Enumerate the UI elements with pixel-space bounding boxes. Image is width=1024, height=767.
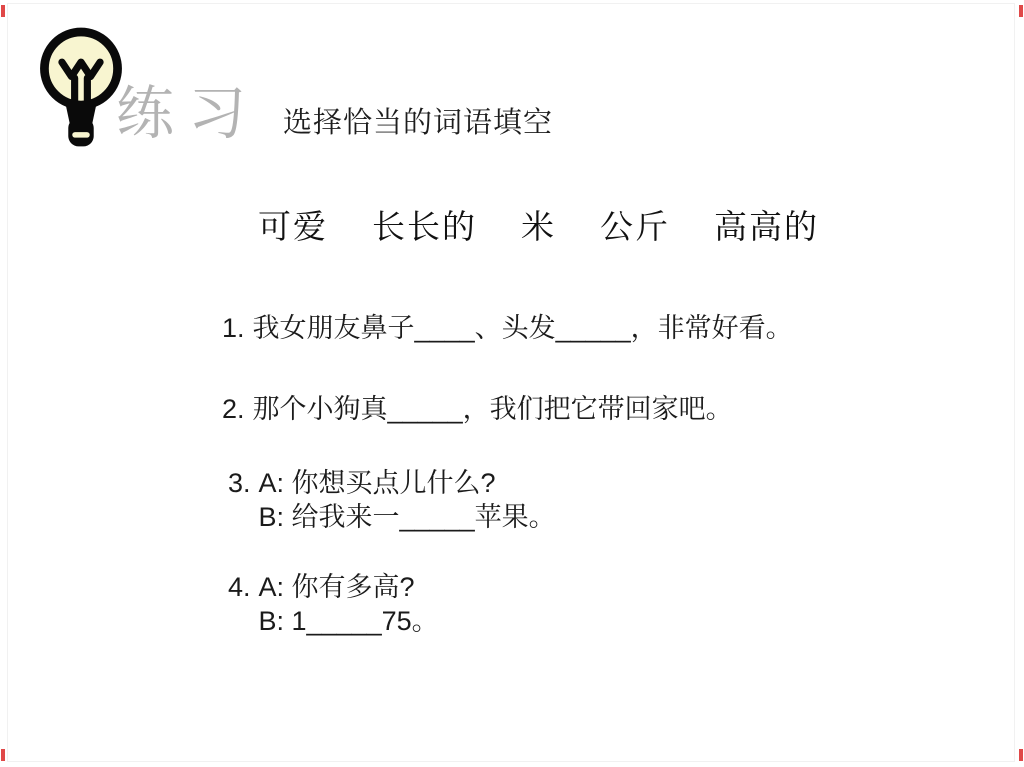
exercise-text: 我女朋友鼻子____、头发_____，非常好看。 bbox=[253, 311, 793, 345]
exercise-item-1: 1. 我女朋友鼻子____、头发_____，非常好看。 bbox=[222, 311, 793, 345]
exercise-line-a: A: 你想买点儿什么? bbox=[259, 466, 556, 500]
corner-mark-top-left bbox=[1, 5, 5, 17]
slide: 练习 选择恰当的词语填空 可爱 长长的 米 公斤 高高的 1. 我女朋友鼻子__… bbox=[0, 0, 1024, 767]
exercise-number: 3. bbox=[228, 466, 251, 500]
exercise-line-a: A: 你有多高? bbox=[259, 570, 439, 604]
word-bank-item: 高高的 bbox=[714, 201, 819, 248]
exercise-number: 1. bbox=[222, 311, 245, 345]
page-title: 练习 bbox=[116, 66, 260, 150]
exercise-item-2: 2. 那个小狗真_____，我们把它带回家吧。 bbox=[222, 392, 733, 426]
instruction-text: 选择恰当的词语填空 bbox=[283, 100, 553, 141]
exercise-line-b: B: 给我来一_____苹果。 bbox=[259, 500, 556, 534]
corner-mark-bottom-right bbox=[1019, 749, 1023, 761]
exercise-number: 4. bbox=[228, 570, 251, 604]
exercise-dialog: A: 你有多高? B: 1_____75。 bbox=[259, 570, 439, 638]
exercise-item-4: 4. A: 你有多高? B: 1_____75。 bbox=[228, 570, 439, 638]
word-bank-item: 米 bbox=[521, 201, 556, 248]
word-bank-item: 可爱 bbox=[258, 201, 328, 248]
exercise-dialog: A: 你想买点儿什么? B: 给我来一_____苹果。 bbox=[259, 466, 556, 534]
corner-mark-bottom-left bbox=[1, 749, 5, 761]
word-bank-item: 公斤 bbox=[600, 201, 670, 248]
corner-mark-top-right bbox=[1019, 5, 1023, 17]
exercise-number: 2. bbox=[222, 392, 245, 426]
lightbulb-icon bbox=[38, 24, 124, 148]
word-bank-item: 长长的 bbox=[372, 201, 477, 248]
exercise-text: 那个小狗真_____，我们把它带回家吧。 bbox=[253, 392, 733, 426]
exercise-line-b: B: 1_____75。 bbox=[259, 604, 439, 638]
exercise-item-3: 3. A: 你想买点儿什么? B: 给我来一_____苹果。 bbox=[228, 466, 556, 534]
word-bank: 可爱 长长的 米 公斤 高高的 bbox=[258, 201, 819, 248]
